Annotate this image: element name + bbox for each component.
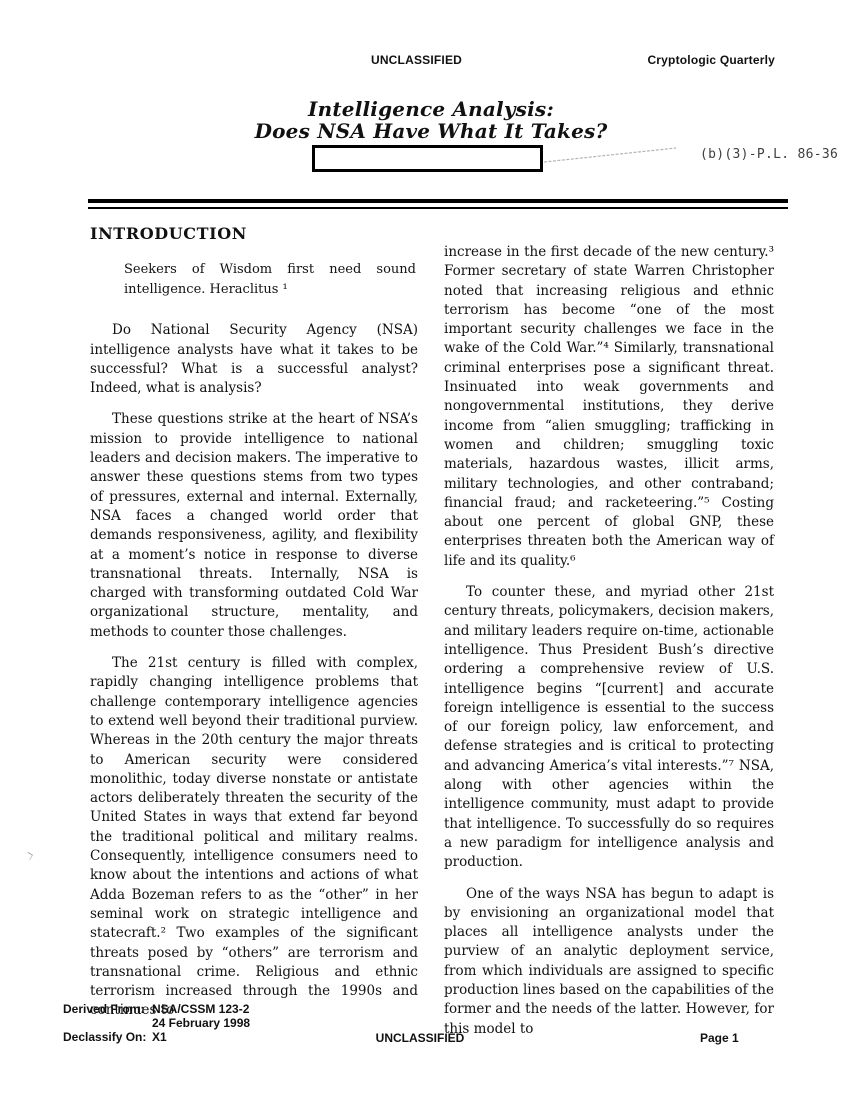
section-heading-introduction: INTRODUCTION: [90, 224, 418, 243]
paragraph: Do National Security Agency (NSA) intell…: [90, 321, 418, 398]
derived-from-spacer: [63, 1016, 152, 1030]
foia-exemption-annotation: (b)(3)-P.L. 86-36: [700, 147, 838, 162]
header-rule-thin: [88, 207, 788, 209]
article-title: Intelligence Analysis: Does NSA Have Wha…: [8, 98, 848, 142]
left-column: INTRODUCTION Seekers of Wisdom first nee…: [90, 224, 418, 1051]
derived-from-row: Derived From: NSA/CSSM 123-2: [63, 1002, 250, 1016]
derived-from-label: Derived From:: [63, 1002, 152, 1016]
article-title-line1: Intelligence Analysis:: [8, 98, 848, 120]
paragraph: One of the ways NSA has begun to adapt i…: [444, 885, 774, 1039]
redaction-leader-line: [540, 143, 680, 165]
header-rule-thick: [88, 199, 788, 203]
article-title-line2: Does NSA Have What It Takes?: [8, 120, 848, 142]
right-column: increase in the first decade of the new …: [444, 224, 774, 1051]
redacted-author-box: [312, 145, 543, 172]
paragraph: To counter these, and myriad other 21st …: [444, 583, 774, 872]
document-page: UNCLASSIFIED Cryptologic Quarterly Intel…: [0, 0, 848, 1100]
paragraph: The 21st century is filled with complex,…: [90, 654, 418, 1021]
article-body: INTRODUCTION Seekers of Wisdom first nee…: [90, 224, 774, 1051]
epigraph-quote: Seekers of Wisdom first need sound intel…: [124, 260, 416, 300]
derived-from-date-row: 24 February 1998: [63, 1016, 250, 1030]
derived-from-date: 24 February 1998: [152, 1016, 250, 1030]
derived-from-value: NSA/CSSM 123-2: [152, 1002, 250, 1016]
paragraph-continuation: increase in the first decade of the new …: [444, 243, 774, 571]
footer-page-number: Page 1: [700, 1031, 739, 1045]
paragraph: These questions strike at the heart of N…: [90, 410, 418, 642]
header-journal-name: Cryptologic Quarterly: [647, 53, 775, 67]
scan-artifact-mark: [25, 852, 33, 860]
